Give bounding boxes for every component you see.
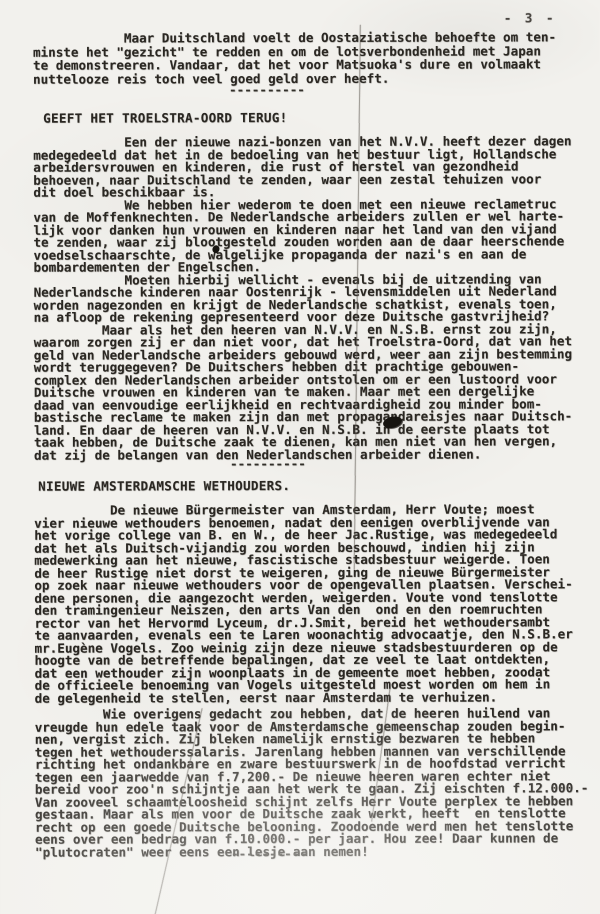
section-heading-troelstra: GEEFT HET TROELSTRA-OORD TERUG! bbox=[43, 112, 287, 125]
scanned-document-page: - 3 - Maar Duitschland voelt de Oostazia… bbox=[0, 0, 600, 914]
section-body-troelstra: Een der nieuwe nazi-bonzen van het N.V.V… bbox=[33, 135, 572, 461]
paragraph: De nieuwe Bürgermeister van Amsterdam, H… bbox=[34, 503, 573, 704]
paragraph: Een der nieuwe nazi-bonzen van het N.V.V… bbox=[33, 135, 571, 199]
paragraph: We hebben hier wederom te doen met een n… bbox=[33, 198, 572, 274]
section-heading-wethouders: NIEUWE AMSTERDAMSCHE WETHOUDERS. bbox=[38, 480, 290, 493]
separator-line: ---------- bbox=[231, 848, 307, 861]
paragraph: Moeten hierbij wellicht - evenals bij de… bbox=[34, 273, 572, 324]
separator-line: ---------- bbox=[229, 84, 305, 97]
paragraph: Wie overigens gedacht zou hebben, dat de… bbox=[35, 707, 589, 858]
section-body-wethouders-2: Wie overigens gedacht zou hebben, dat de… bbox=[35, 707, 589, 858]
page-number: - 3 - bbox=[504, 10, 557, 25]
section-body-wethouders: De nieuwe Bürgermeister van Amsterdam, H… bbox=[34, 503, 573, 704]
intro-paragraph: Maar Duitschland voelt de Oostaziatische… bbox=[33, 30, 556, 85]
paragraph: Maar als het den heeren van N.V.V. en N.… bbox=[34, 323, 573, 462]
separator-line: ---------- bbox=[230, 458, 306, 471]
